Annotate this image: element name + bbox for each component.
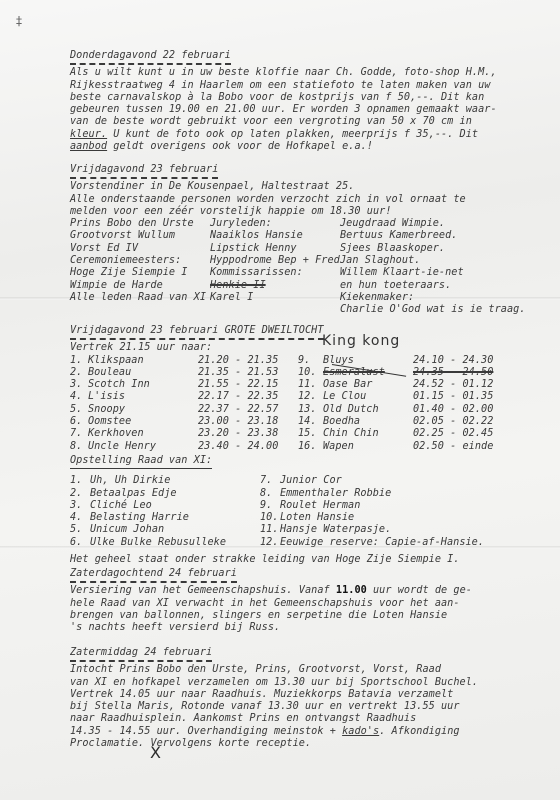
section-heading: Vrijdagavond 23 februari GROTE DWEILTOCH…	[70, 325, 324, 340]
stop-time: 21.20 - 21.35	[198, 355, 298, 367]
text-line: Versiering van het Gemeenschapshuis. Van…	[70, 585, 550, 597]
paragraph: Vorstendiner in De Kousenpael, Haltestra…	[70, 181, 550, 218]
member-name: Betaalpas Edje	[90, 488, 260, 500]
member-number: 6.	[70, 537, 90, 549]
section-raad-van-xi: Opstelling Raad van XI: 1.Uh, Uh Dirkie7…	[70, 455, 550, 566]
stop-name: Oomstee	[88, 416, 198, 428]
stop-number: 2.	[70, 367, 88, 379]
guest-list: Prins Bobo den UrsteJuryleden:Jeugdraad …	[70, 218, 550, 304]
stop-number: 15.	[298, 428, 323, 440]
text-line: 's nachts heeft versierd bij Russ.	[70, 622, 550, 634]
guest-cell: Juryleden:	[210, 218, 340, 230]
paragraph: hele Raad van XI verwacht in het Gemeens…	[70, 598, 550, 635]
member-number: 3.	[70, 500, 90, 512]
member-number: 9.	[260, 500, 280, 512]
guest-cell: Alle leden Raad van XI	[70, 292, 210, 304]
stop-number: 4.	[70, 391, 88, 403]
stop-name: Scotch Inn	[88, 379, 198, 391]
stop-name: Klikspaan	[88, 355, 198, 367]
member-number: 7.	[260, 475, 280, 487]
section-saturday-morning: Zaterdagochtend 24 februari Versiering v…	[70, 568, 550, 634]
section-heading: Vrijdagavond 23 februari	[70, 164, 218, 179]
handwritten-note: King kong	[322, 335, 400, 347]
member-number: 11.	[260, 524, 280, 536]
member-name: Emmenthaler Robbie	[280, 488, 510, 500]
text-line: melden voor een zéér vorstelijk happie o…	[70, 206, 550, 218]
member-number: 1.	[70, 475, 90, 487]
text-line: Het geheel staat onder strakke leiding v…	[70, 554, 550, 566]
guest-cell: Grootvorst Wullum	[70, 230, 210, 242]
stop-time: 24.52 - 01.12	[413, 379, 503, 391]
stop-number: 16.	[298, 441, 323, 453]
section-dweiltocht: Vrijdagavond 23 februari GROTE DWEILTOCH…	[70, 325, 550, 453]
section-heading: Zaterdagochtend 24 februari	[70, 568, 237, 583]
pub-schedule: 1.Klikspaan21.20 - 21.359.Bluys24.10 - 2…	[70, 355, 550, 453]
stop-name: Old Dutch	[323, 404, 413, 416]
stop-time: 21.35 - 21.53	[198, 367, 298, 379]
guest-cell: Willem Klaart-ie-net	[340, 267, 490, 279]
stop-name: Boedha	[323, 416, 413, 428]
member-number: 10.	[260, 512, 280, 524]
guest-cell: Karel I	[210, 292, 340, 304]
text-line: Als u wilt kunt u in uw beste kloffie na…	[70, 67, 550, 79]
member-name: Roulet Herman	[280, 500, 510, 512]
stop-name: Chin Chin	[323, 428, 413, 440]
member-number: 5.	[70, 524, 90, 536]
guest-cell: Vorst Ed IV	[70, 243, 210, 255]
guest-cell: Naaiklos Hansie	[210, 230, 340, 242]
guest-cell: Bertuus Kamerbreed.	[340, 230, 490, 242]
stop-number: 12.	[298, 391, 323, 403]
scanned-page: ‡ Donderdagavond 22 februari Als u wilt …	[0, 0, 560, 800]
guest-cell: Ceremoniemeesters:	[70, 255, 210, 267]
stop-time: 23.20 - 23.38	[198, 428, 298, 440]
text-line: Charlie O'God wat is ie traag.	[70, 304, 550, 316]
stop-name: Bouleau	[88, 367, 198, 379]
guest-cell: Hyppodrome Bep + Fred	[210, 255, 340, 267]
stop-time: 23.40 - 24.00	[198, 441, 298, 453]
guest-cell: Lipstick Henny	[210, 243, 340, 255]
section-heading: Donderdagavond 22 februari	[70, 50, 231, 65]
guest-cell: en hun toeteraars.	[340, 280, 490, 292]
text-line: kleur. U kunt de foto ook op laten plakk…	[70, 129, 550, 141]
staple-mark: ‡	[16, 14, 22, 28]
text-line: gebeuren tussen 19.00 en 21.00 uur. Er w…	[70, 104, 550, 116]
stop-time: 01.40 - 02.00	[413, 404, 503, 416]
text-line: Intocht Prins Bobo den Urste, Prins, Gro…	[70, 664, 550, 676]
stop-number: 11.	[298, 379, 323, 391]
member-number: 2.	[70, 488, 90, 500]
text-line: 14.35 - 14.55 uur. Overhandiging meinsto…	[70, 726, 550, 738]
text-line: aanbod geldt overigens ook voor de Hofka…	[70, 141, 550, 153]
text-line: Vorstendiner in De Kousenpael, Haltestra…	[70, 181, 550, 193]
stop-name: Wapen	[323, 441, 413, 453]
guest-cell: Jeugdraad Wimpie.	[340, 218, 490, 230]
stop-number: 8.	[70, 441, 88, 453]
stop-time: 21.55 - 22.15	[198, 379, 298, 391]
stop-name: Uncle Henry	[88, 441, 198, 453]
section-heading: Zatermiddag 24 februari	[70, 647, 212, 662]
text-line: beste carnavalskop à la Bobo voor de kos…	[70, 92, 550, 104]
stop-time: 02.25 - 02.45	[413, 428, 503, 440]
stop-number: 10.	[298, 367, 323, 379]
guest-cell: Wimpie de Harde	[70, 280, 210, 292]
stop-name: Le Clou	[323, 391, 413, 403]
member-name: Unicum Johan	[90, 524, 260, 536]
section-saturday-afternoon: Zatermiddag 24 februari Intocht Prins Bo…	[70, 647, 550, 750]
text-line: van XI en hofkapel verzamelen om 13.30 u…	[70, 677, 550, 689]
member-name: Belasting Harrie	[90, 512, 260, 524]
stop-name: Kerkhoven	[88, 428, 198, 440]
stop-time: 01.15 - 01.35	[413, 391, 503, 403]
stop-name: Snoopy	[88, 404, 198, 416]
text-line: Vertrek 14.05 uur naar Raadhuis. Muziekk…	[70, 689, 550, 701]
stop-time: 02.50 - einde	[413, 441, 503, 453]
paragraph: Intocht Prins Bobo den Urste, Prins, Gro…	[70, 664, 550, 725]
member-number: 4.	[70, 512, 90, 524]
stop-time: 24.35 - 24.50	[413, 367, 503, 379]
section-thursday: Donderdagavond 22 februari Als u wilt ku…	[70, 50, 550, 153]
member-number: 12.	[260, 537, 280, 549]
stop-number: 1.	[70, 355, 88, 367]
member-number: 8.	[260, 488, 280, 500]
guest-cell: Kommissarissen:	[210, 267, 340, 279]
stop-number: 5.	[70, 404, 88, 416]
member-name: Uh, Uh Dirkie	[90, 475, 260, 487]
paragraph: Als u wilt kunt u in uw beste kloffie na…	[70, 67, 550, 128]
guest-cell: Jan Slaghout.	[340, 255, 490, 267]
text-line: hele Raad van XI verwacht in het Gemeens…	[70, 598, 550, 610]
text-line: van de beste wordt gebruikt voor een ver…	[70, 116, 550, 128]
guest-cell: Sjees Blaaskoper.	[340, 243, 490, 255]
text-line: Alle onderstaande personen worden verzoc…	[70, 194, 550, 206]
member-name: Eeuwige reserve: Capie-af-Hansie.	[280, 537, 510, 549]
stop-time: 23.00 - 23.18	[198, 416, 298, 428]
text-line: Proclamatie. Vervolgens korte receptie.	[70, 738, 550, 750]
stop-time: 22.37 - 22.57	[198, 404, 298, 416]
guest-cell: Hoge Zije Siempie I	[70, 267, 210, 279]
stop-time: 02.05 - 02.22	[413, 416, 503, 428]
stop-number: 14.	[298, 416, 323, 428]
council-list: 1.Uh, Uh Dirkie7.Junior Cor2.Betaalpas E…	[70, 475, 550, 549]
section-friday-dinner: Vrijdagavond 23 februari Vorstendiner in…	[70, 164, 550, 317]
text-line: Vertrek 21.15 uur naar:	[70, 342, 550, 354]
member-name: Loten Hansie	[280, 512, 510, 524]
text-line: brengen van ballonnen, slingers en serpe…	[70, 610, 550, 622]
guest-cell: Kiekenmaker:	[340, 292, 490, 304]
stop-number: 3.	[70, 379, 88, 391]
member-name: Junior Cor	[280, 475, 510, 487]
stop-number: 9.	[298, 355, 323, 367]
stop-number: 7.	[70, 428, 88, 440]
member-name: Cliché Leo	[90, 500, 260, 512]
text-line: Rijkesstraatweg 4 in Haarlem om een stat…	[70, 80, 550, 92]
handwritten-x-mark: X	[150, 747, 161, 759]
member-name: Hansje Waterpasje.	[280, 524, 510, 536]
stop-time: 24.10 - 24.30	[413, 355, 503, 367]
stop-name: L'isis	[88, 391, 198, 403]
section-heading: Opstelling Raad van XI:	[70, 455, 212, 469]
guest-cell: Prins Bobo den Urste	[70, 218, 210, 230]
text-line: bij Stella Maris, Rotonde vanaf 13.30 uu…	[70, 701, 550, 713]
member-name: Ulke Bulke Rebusulleke	[90, 537, 260, 549]
guest-cell: Henkie II	[210, 280, 340, 292]
stop-number: 13.	[298, 404, 323, 416]
stop-time: 22.17 - 22.35	[198, 391, 298, 403]
stop-number: 6.	[70, 416, 88, 428]
text-line: naar Raadhuisplein. Aankomst Prins en on…	[70, 713, 550, 725]
stop-name: Oase Bar	[323, 379, 413, 391]
